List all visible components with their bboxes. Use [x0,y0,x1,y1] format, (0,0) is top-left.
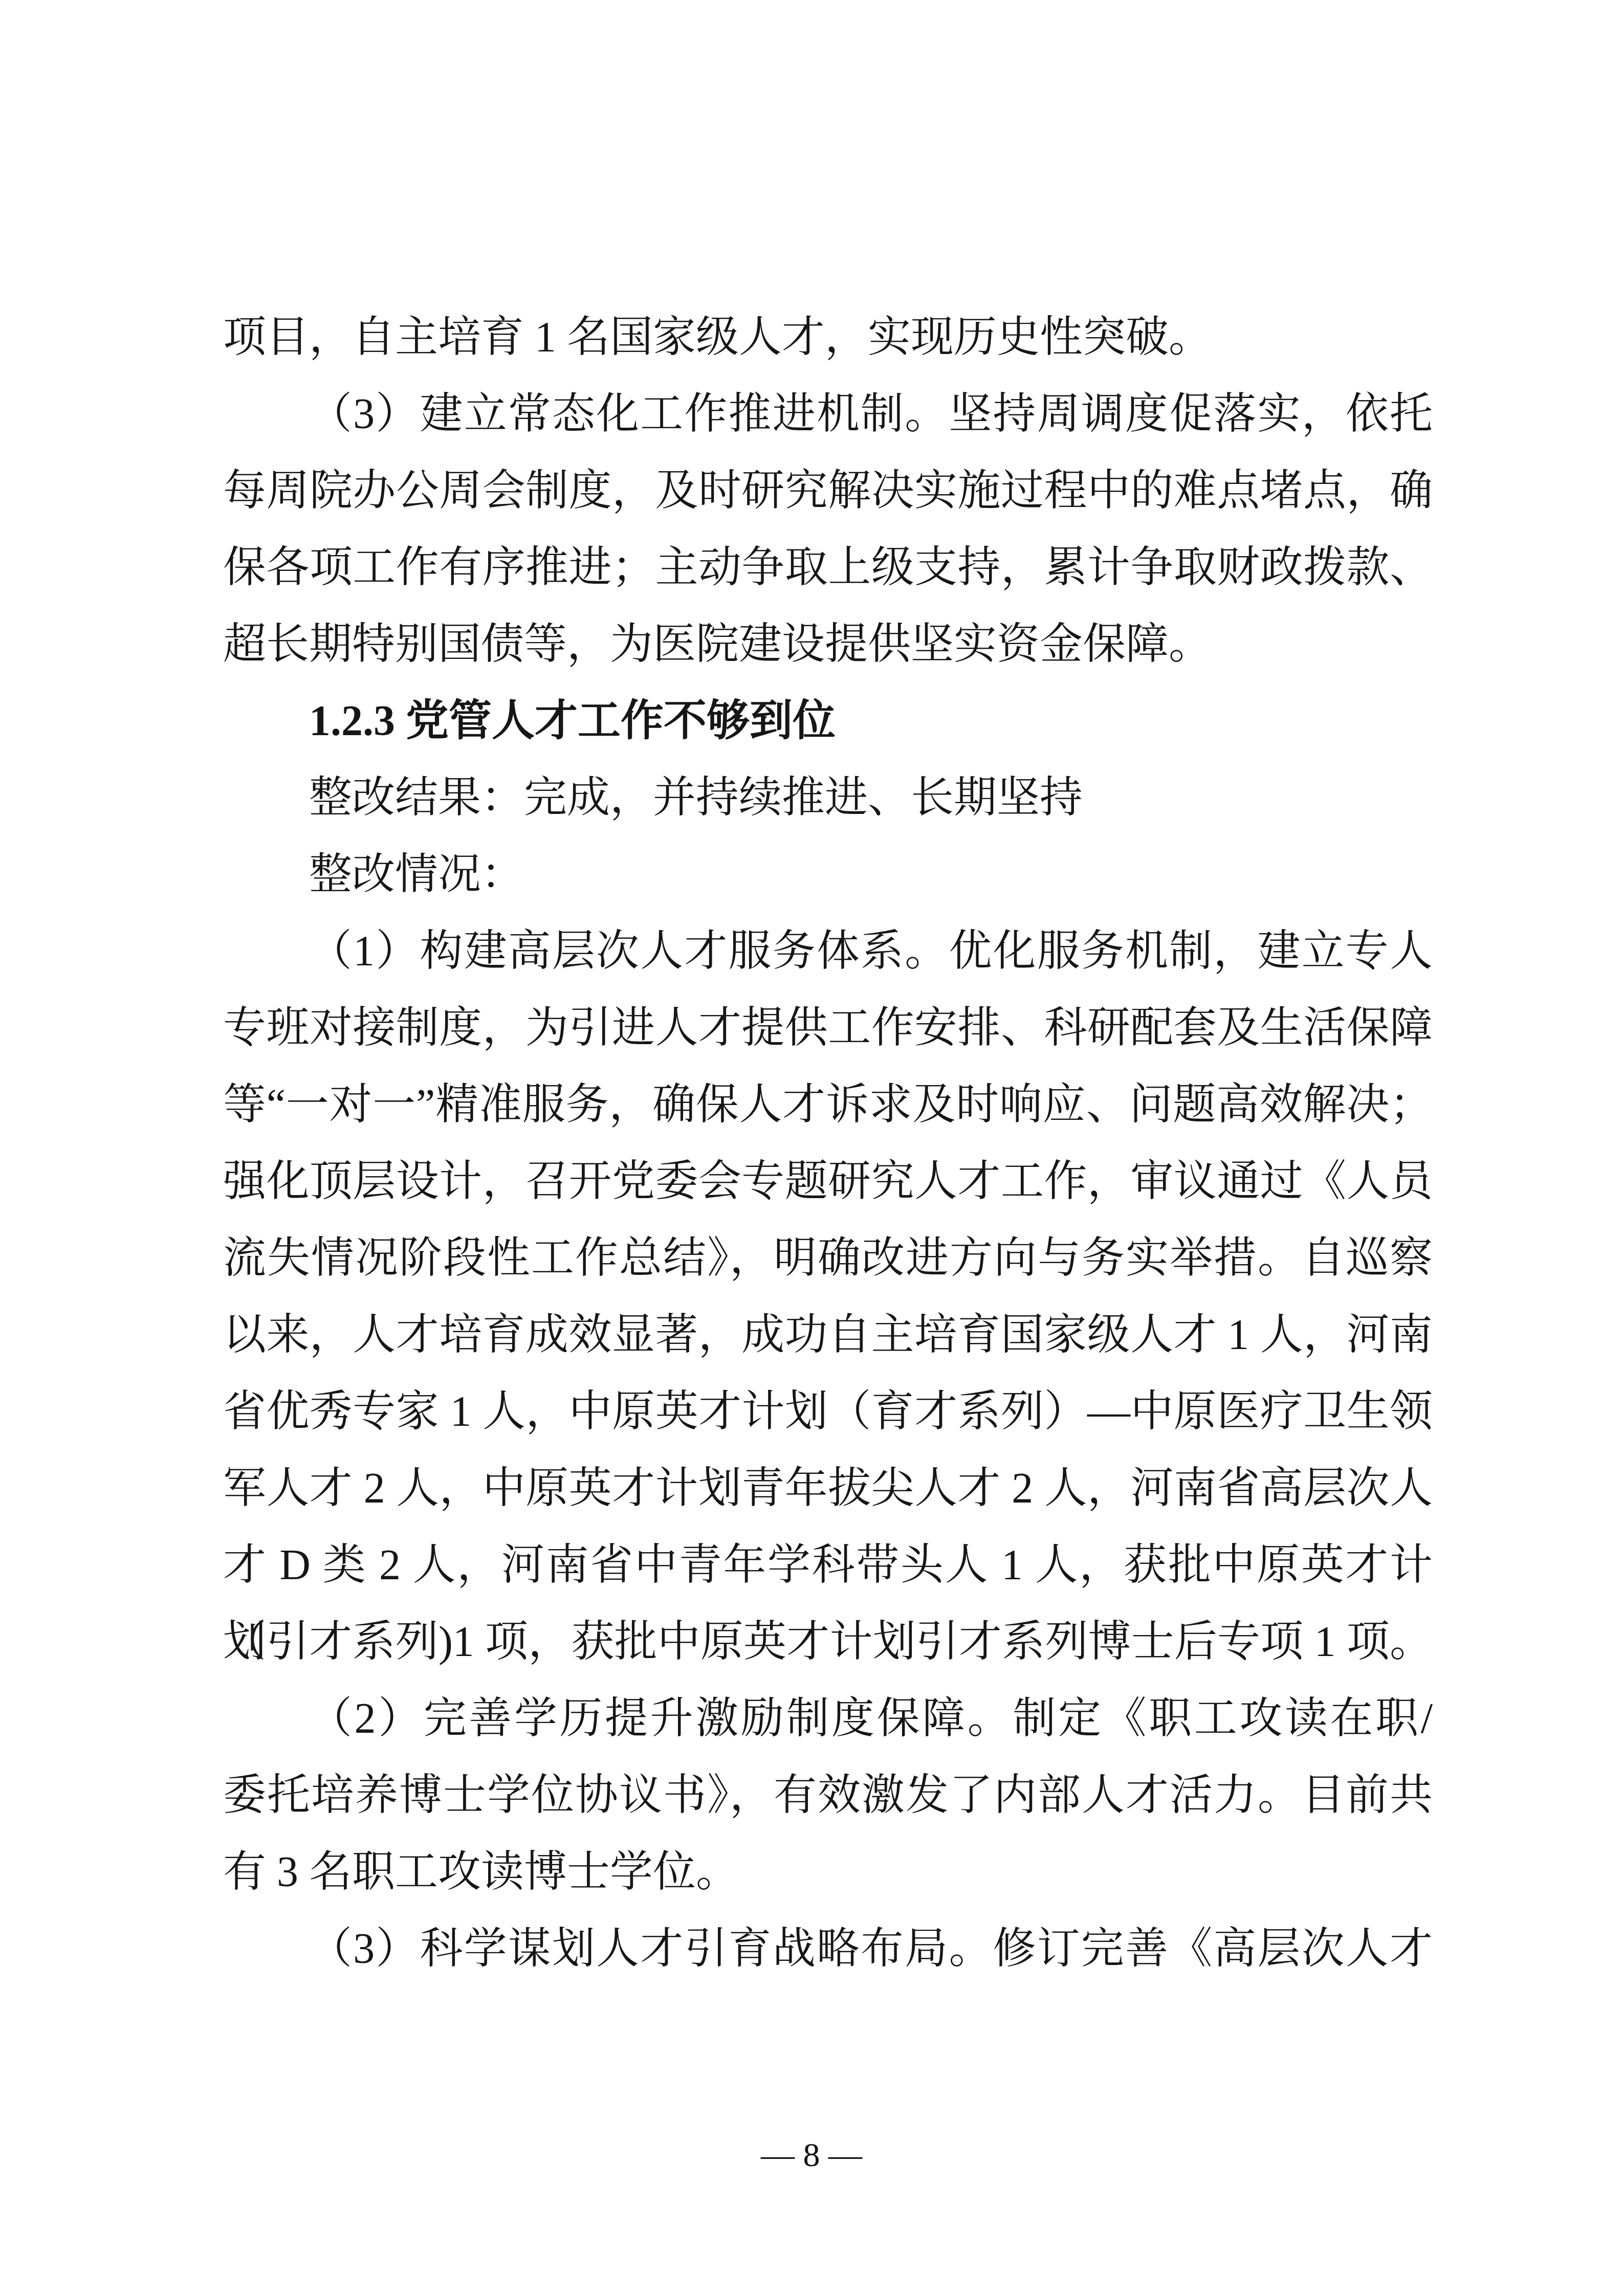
text-line: 项目，自主培育 1 名国家级人才，实现历史性突破。 [223,299,1433,376]
text-line: 整改情况： [223,836,1433,913]
text-line: （3）建立常态化工作推进机制。坚持周调度促落实，依托 [223,376,1433,453]
text-line: 才 D 类 2 人，河南省中青年学科带头人 1 人，获批中原英才计划 [223,1527,1433,1604]
text-line: 强化顶层设计，召开党委会专题研究人才工作，审议通过《人员 [223,1143,1433,1220]
text-line: 委托培养博士学位协议书》，有效激发了内部人才活力。目前共 [223,1757,1433,1834]
text-line: 流失情况阶段性工作总结》，明确改进方向与务实举措。自巡察 [223,1220,1433,1297]
text-line: （2）完善学历提升激励制度保障。制定《职工攻读在职/ [223,1681,1433,1757]
document-page: 项目，自主培育 1 名国家级人才，实现历史性突破。 （3）建立常态化工作推进机制… [0,0,1623,2296]
text-line: 整改结果：完成，并持续推进、长期坚持 [223,760,1433,836]
text-line: （引才系列)1 项，获批中原英才计划引才系列博士后专项 1 项。 [223,1604,1433,1681]
document-body: 项目，自主培育 1 名国家级人才，实现历史性突破。 （3）建立常态化工作推进机制… [223,299,1433,1988]
text-line: （3）科学谋划人才引育战略布局。修订完善《高层次人才 [223,1911,1433,1988]
text-line: 省优秀专家 1 人，中原英才计划（育才系列）—中原医疗卫生领 [223,1374,1433,1450]
text-line: 以来，人才培育成效显著，成功自主培育国家级人才 1 人，河南 [223,1297,1433,1374]
text-line: 超长期特别国债等，为医院建设提供坚实资金保障。 [223,606,1433,683]
text-line: 每周院办公周会制度，及时研究解决实施过程中的难点堵点，确 [223,453,1433,529]
text-line: 军人才 2 人，中原英才计划青年拔尖人才 2 人，河南省高层次人 [223,1450,1433,1527]
text-line: （1）构建高层次人才服务体系。优化服务机制，建立专人 [223,913,1433,990]
section-heading: 1.2.3 党管人才工作不够到位 [223,683,1433,760]
text-line: 等“一对一”精准服务，确保人才诉求及时响应、问题高效解决； [223,1067,1433,1143]
text-line: 有 3 名职工攻读博士学位。 [223,1834,1433,1911]
page-number: — 8 — [0,2127,1623,2183]
text-line: 保各项工作有序推进；主动争取上级支持，累计争取财政拨款、 [223,529,1433,606]
text-line: 专班对接制度，为引进人才提供工作安排、科研配套及生活保障 [223,990,1433,1067]
